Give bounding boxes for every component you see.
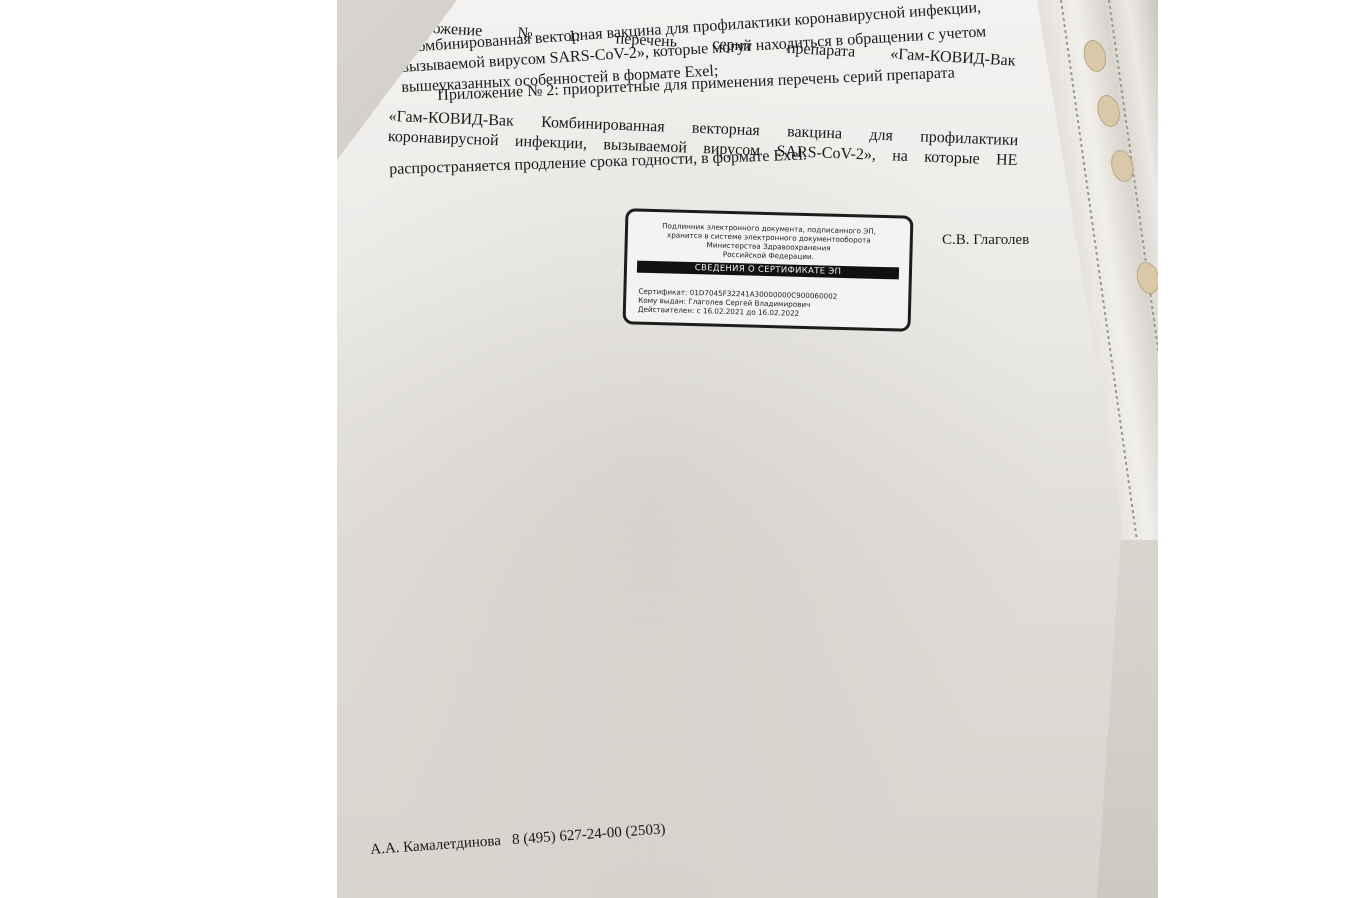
executor-name: А.А. Камалетдинова	[370, 833, 502, 858]
punch-hole-icon	[1135, 262, 1158, 294]
punch-hole-icon	[1082, 40, 1108, 72]
text-word: профилактики	[920, 128, 1019, 150]
electronic-signature-stamp: Подлинник электронного документа, подпис…	[623, 208, 914, 331]
text-word: «Гам-КОВИД-Вак	[388, 108, 514, 131]
text-word: векторная	[692, 120, 761, 141]
text-word: Комбинированная	[541, 114, 665, 137]
executor-footer: А.А. Камалетдинова 8 (495) 627-24-00 (25…	[370, 821, 666, 859]
text-word: для	[869, 126, 893, 145]
appendix-2-paragraph: «Гам-КОВИД-Вак Комбинированная векторная…	[389, 108, 1019, 132]
executor-phone: 8 (495) 627-24-00 (2503)	[512, 821, 666, 848]
valid-value: с 16.02.2021 до 16.02.2022	[697, 306, 800, 318]
stamp-certificate-details: Сертификат: 01D7045F32241A30000000C90006…	[638, 287, 909, 321]
text-word: которые	[924, 149, 980, 169]
text-word: на	[892, 147, 908, 166]
text-word: вакцина	[787, 123, 843, 143]
text-word: инфекции,	[515, 133, 588, 154]
stamp-title-bar: СВЕДЕНИЯ О СЕРТИФИКАТЕ ЭП	[637, 261, 899, 280]
stamp-header: Подлинник электронного документа, подпис…	[627, 220, 910, 263]
text-word: коронавирусной	[388, 128, 499, 150]
signer-name: С.В. Глаголев	[942, 232, 1029, 249]
document-page: Приложение № 1: перечень серий препарата…	[337, 0, 1122, 898]
valid-label: Действителен:	[638, 305, 695, 315]
punch-hole-icon	[1095, 95, 1121, 127]
document-photo: Приложение № 1: перечень серий препарата…	[337, 0, 1158, 898]
text-word: НЕ	[996, 151, 1018, 170]
